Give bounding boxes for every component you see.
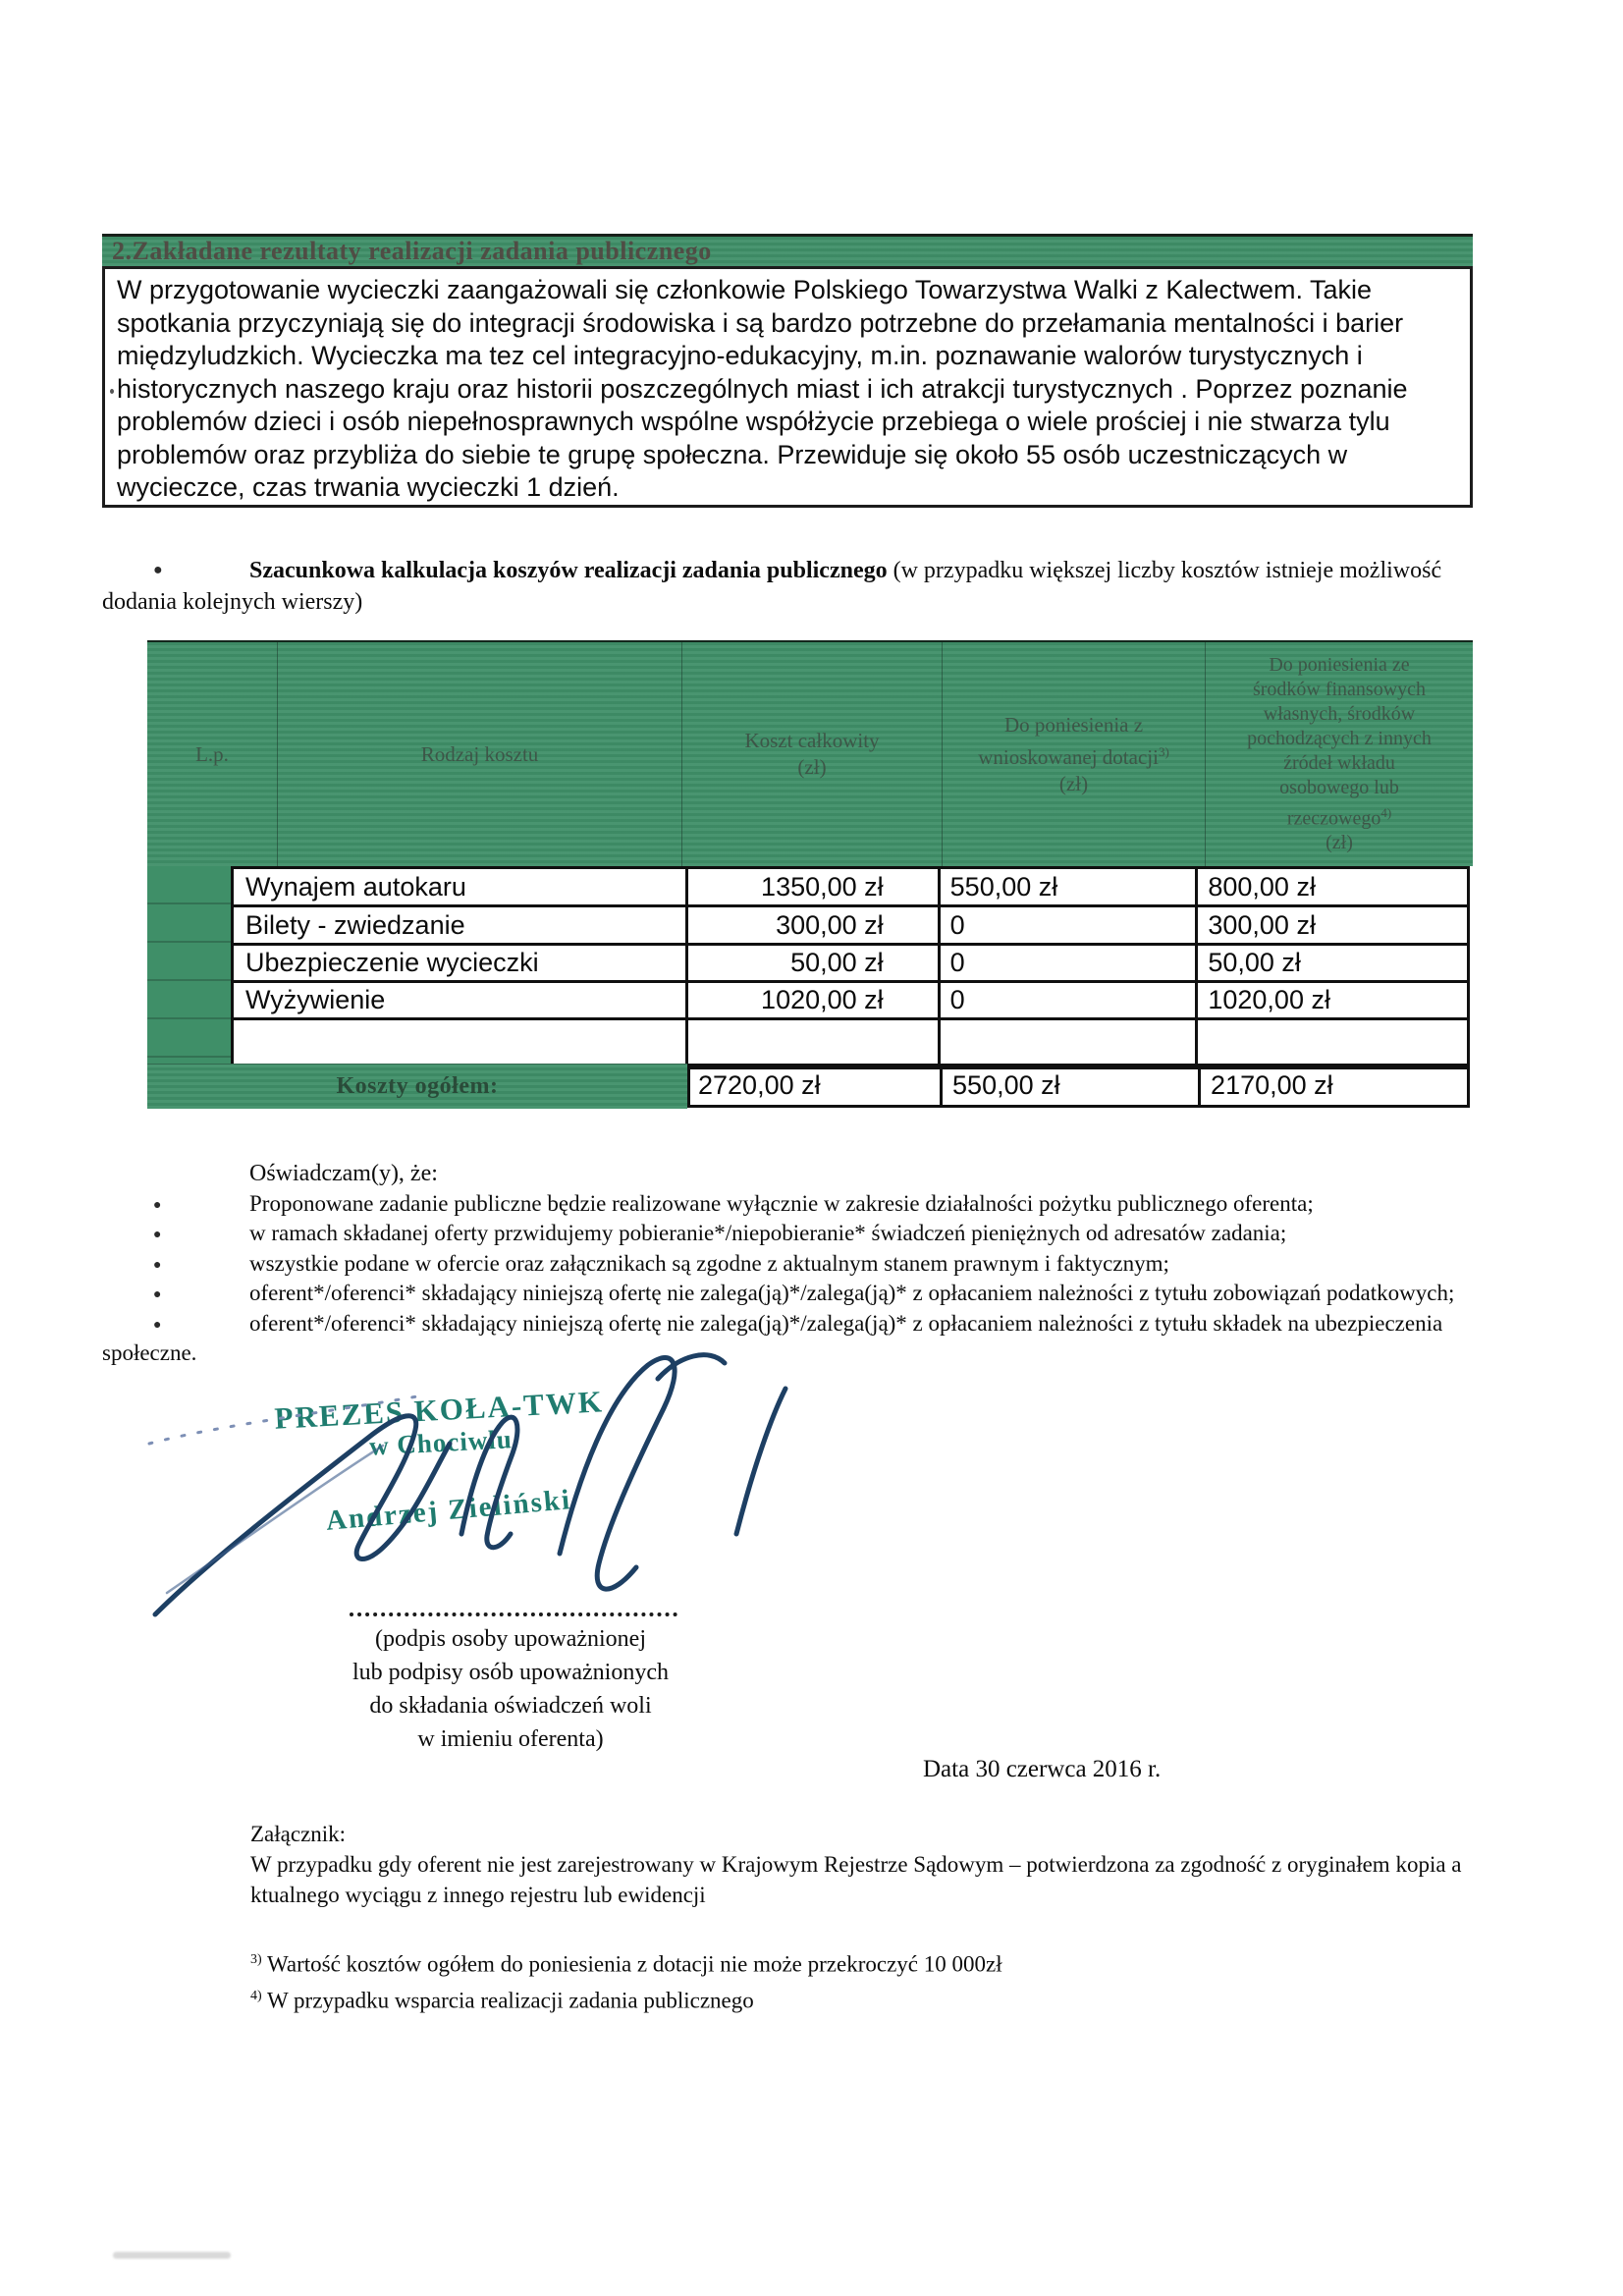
declaration-item: ● Proponowane zadanie publiczne będzie r… [102,1189,1477,1220]
bullet-icon: ● [153,1281,161,1311]
cost-total-cell: 300,00 zł [688,907,941,943]
scan-artifact-smudge [113,2252,231,2259]
declarations-intro: Oświadczam(y), że: [249,1159,1477,1189]
cost-total-cell: 1020,00 zł [688,983,941,1017]
bullet-icon: ● [153,1221,161,1251]
cost-name-cell: Ubezpieczenie wycieczki [234,946,688,980]
signature-stroke [167,1446,383,1593]
total-row-label-band: Koszty ogółem: [147,1064,687,1109]
signature-stroke [149,1396,417,1444]
results-text: W przygotowanie wycieczki zaangażowali s… [117,274,1460,505]
header-col-koszt: Koszt całkowity (zł) [682,642,943,866]
attachment-text-line: ktualnego wyciągu z innego rejestru lub … [250,1880,1517,1910]
table-row: Wyżywienie 1020,00 zł 0 1020,00 zł [234,983,1467,1020]
section2-title: 2.Zakładane rezultaty realizacji zadania… [112,237,712,266]
header-col-rodzaj: Rodzaj kosztu [278,642,682,866]
footnote: 3) Wartość kosztów ogółem do poniesienia… [250,1944,1002,1981]
footnote-marker: 4) [250,1989,262,2003]
cost-name-cell: Wynajem autokaru [234,869,688,904]
scanned-form-page: 2.Zakładane rezultaty realizacji zadania… [0,0,1623,2296]
total-own-cell: 2170,00 zł [1201,1066,1467,1105]
table-row: Bilety - zwiedzanie 300,00 zł 0 300,00 z… [234,907,1467,946]
footnote-text: W przypadku wsparcia realizacji zadania … [262,1988,754,2012]
cost-grant-cell: 0 [941,983,1199,1017]
cost-own-cell: 300,00 zł [1198,907,1467,943]
header-col-srodki: Do poniesienia ze środków finansowych wł… [1206,642,1473,866]
total-row-values: 2720,00 zł 550,00 zł 2170,00 zł [687,1064,1470,1108]
signature-stroke [560,1358,675,1590]
signature-stroke [736,1389,785,1534]
declaration-item: ● wszystkie podane w ofercie oraz załącz… [102,1249,1477,1280]
cost-heading: ● Szacunkowa kalkulacja koszyów realizac… [102,555,1473,618]
cost-name-cell: Bilety - zwiedzanie [234,907,688,943]
cost-grant-cell: 550,00 zł [941,869,1199,904]
attachment-block: Załącznik: W przypadku gdy oferent nie j… [250,1819,1517,1910]
footnote-ref-4: 4) [1380,805,1391,820]
total-overall-cell: 2720,00 zł [690,1066,943,1105]
signature-dotted-line [350,1613,677,1616]
declaration-item: ● w ramach składanej oferty przwidujemy … [102,1219,1477,1249]
cost-grant-cell [941,1020,1199,1066]
footnote-text: Wartość kosztów ogółem do poniesienia z … [262,1952,1002,1977]
declaration-item: ● oferent*/oferenci* składający niniejsz… [102,1279,1477,1309]
cost-grant-cell: 0 [941,907,1199,943]
cost-total-cell: 1350,00 zł [688,869,941,904]
cost-total-cell [688,1020,941,1066]
cost-grant-cell: 0 [941,946,1199,980]
footnote-marker: 3) [250,1952,262,1967]
header-dotacja-line2: wnioskowanej dotacji3) [978,738,1169,771]
header-srodki-line7: rzeczowego4) [1287,800,1391,832]
footnote: 4) W przypadku wsparcia realizacji zadan… [250,1981,1002,2017]
cost-heading-bold: Szacunkowa kalkulacja koszyów realizacji… [249,558,888,583]
cost-total-cell: 50,00 zł [688,946,941,980]
total-grant-cell: 550,00 zł [943,1066,1201,1105]
handwritten-signature [137,1328,805,1622]
bullet-icon: ● [153,555,163,586]
signature-caption: (podpis osoby upoważnionej lub podpisy o… [295,1622,727,1756]
scan-artifact-dot [110,389,114,394]
table-row: Ubezpieczenie wycieczki 50,00 zł 0 50,00… [234,946,1467,983]
cost-own-cell: 800,00 zł [1198,869,1467,904]
cost-heading-text: Szacunkowa kalkulacja koszyów realizacji… [102,555,1473,618]
bullet-icon: ● [153,1191,161,1222]
date-line: Data 30 czerwca 2016 r. [923,1756,1161,1783]
total-row-label: Koszty ogółem: [337,1073,499,1100]
cost-name-cell: Wyżywienie [234,983,688,1017]
cost-own-cell: 50,00 zł [1198,946,1467,980]
attachment-text-line: W przypadku gdy oferent nie jest zarejes… [250,1849,1517,1880]
attachment-label: Załącznik: [250,1819,1517,1849]
footnote-ref-3: 3) [1159,744,1169,759]
table-row-empty [234,1020,1467,1066]
section2-header-bar: 2.Zakładane rezultaty realizacji zadania… [102,234,1473,266]
bullet-icon: ● [153,1251,161,1282]
header-col-dotacja: Do poniesienia z wnioskowanej dotacji3) … [943,642,1206,866]
cost-table-body: Wynajem autokaru 1350,00 zł 550,00 zł 80… [231,866,1470,1069]
results-box: W przygotowanie wycieczki zaangażowali s… [102,266,1473,508]
table-row: Wynajem autokaru 1350,00 zł 550,00 zł 80… [234,869,1467,907]
cost-table-header: L.p. Rodzaj kosztu Koszt całkowity (zł) … [147,640,1473,866]
cost-own-cell [1198,1020,1467,1066]
footnotes-block: 3) Wartość kosztów ogółem do poniesienia… [250,1944,1002,2016]
signature-stroke [461,1417,517,1548]
signature-stroke [155,1416,450,1614]
header-col-lp: L.p. [147,642,278,866]
cost-own-cell: 1020,00 zł [1198,983,1467,1017]
cost-name-cell [234,1020,688,1066]
